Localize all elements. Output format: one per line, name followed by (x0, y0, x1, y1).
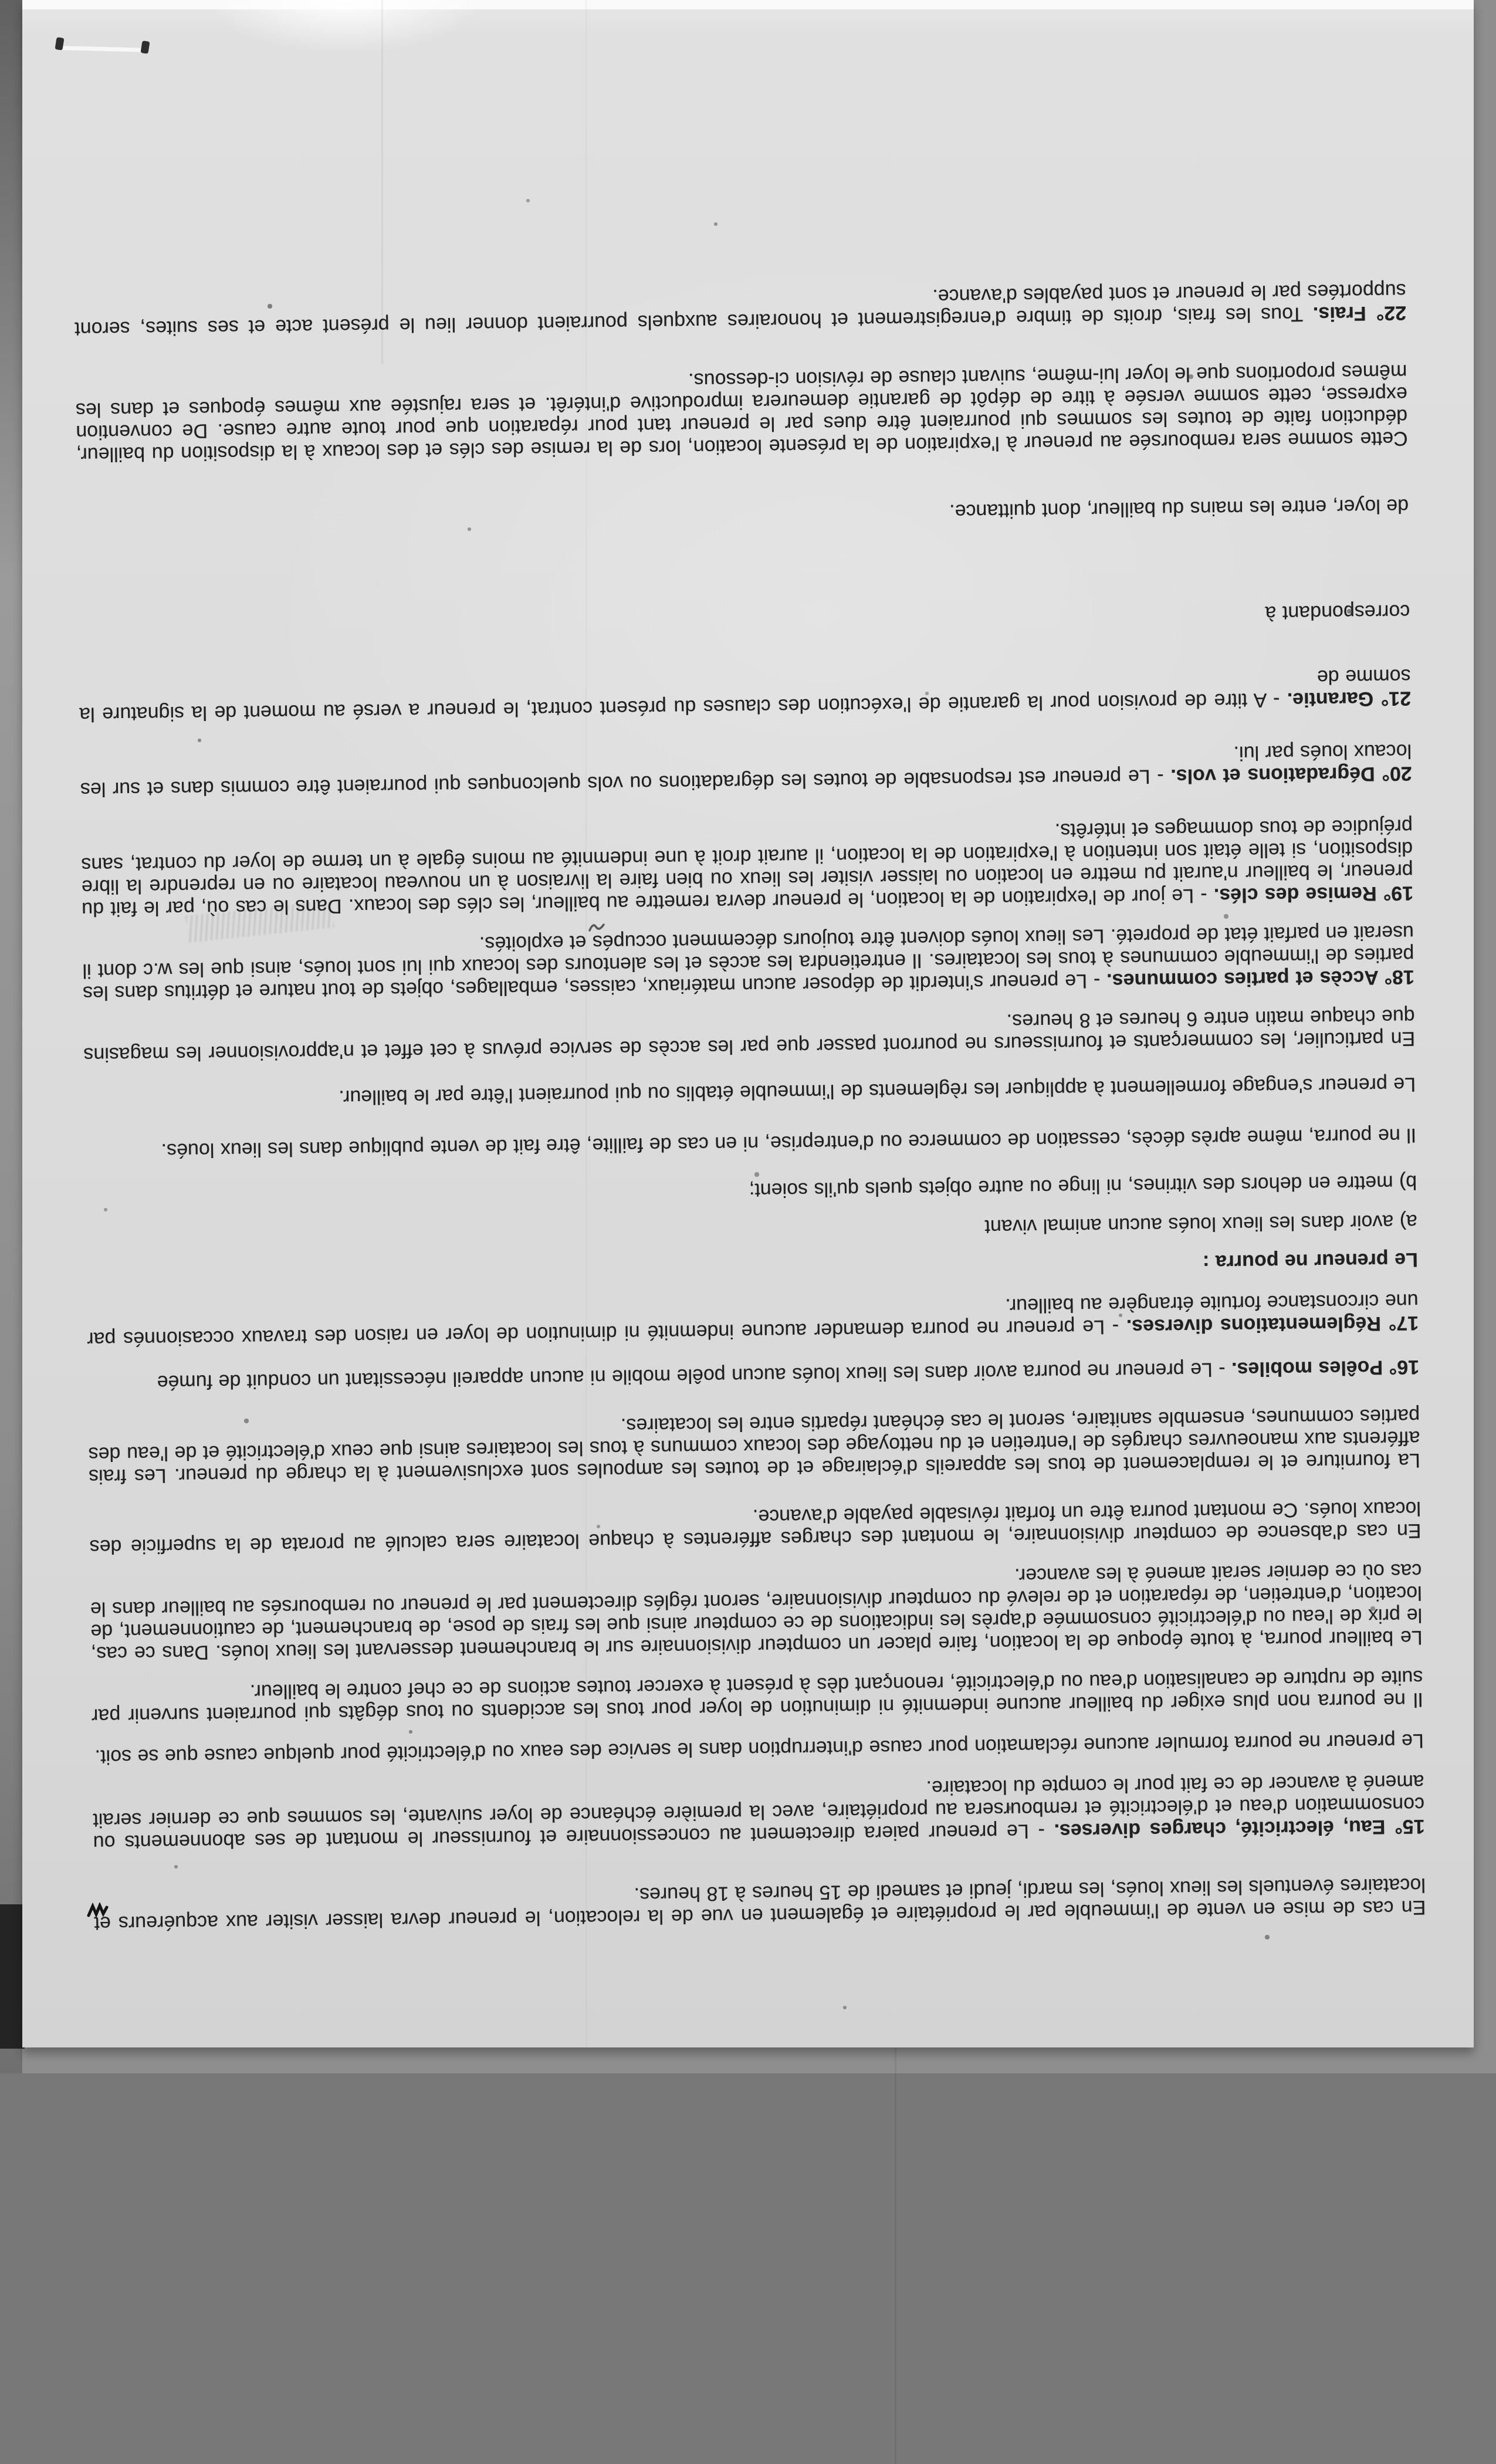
paragraph-clause-20: 20° Dégradations et vols. - Le preneur e… (80, 740, 1412, 801)
paragraph-clause-15-p6: La fourniture et le remplacement de tous… (88, 1404, 1420, 1488)
paragraph-item-a: a) avoir dans les lieux loués aucun anim… (86, 1210, 1417, 1249)
paragraph-clause-22: 22° Frais. Tous les frais, droits de tim… (75, 279, 1407, 340)
paragraph-clause-21: 21° Garantie. - A titre de provision pou… (79, 665, 1412, 726)
paragraph-clause-19: 19° Remise des clés. - Le jour de l'expi… (81, 815, 1414, 920)
paragraph-intro: En cas de mise en vente de l'immeuble pa… (94, 1874, 1426, 1935)
scan-corner-shadow (0, 1904, 25, 2049)
paragraph-clause-16: 16° Poêles mobiles. - Le preneur ne pour… (87, 1356, 1419, 1395)
paragraph-correspondant: correspondant à (78, 600, 1410, 639)
clause-heading: 17° Réglementations diverses. (1119, 1312, 1419, 1338)
paragraph-en-particulier: En particulier, les commerçants et fourn… (83, 1005, 1416, 1066)
clause-heading: 16° Poêles mobiles. (1226, 1356, 1420, 1380)
paragraph-reglements: Le preneur s'engage formellement à appli… (84, 1073, 1416, 1112)
clause-heading: 19° Remise des clés. (1207, 882, 1413, 906)
staple-impression (61, 46, 144, 52)
paragraph-clause-15-p3: Il ne pourra non plus exiger du bailleur… (91, 1666, 1423, 1727)
scanner-bed-seam (895, 2047, 896, 2464)
clause-heading: 18° Accès et parties communes. (1100, 966, 1414, 992)
clause-heading: 20° Dégradations et vols. (1163, 762, 1412, 787)
paragraph-clause-15-p2: Le preneur ne pourra formuler aucune réc… (92, 1729, 1424, 1768)
clause-heading: 22° Frais. (1303, 302, 1406, 325)
paragraph-de-loyer: de loyer, entre les mains du bailleur, d… (77, 495, 1409, 533)
paragraph-faillite: Il ne pourra, même après décès, cessatio… (84, 1124, 1416, 1163)
paragraph-cette-somme: Cette somme sera remboursée au preneur à… (75, 360, 1408, 466)
paragraph-clause-15-p5: En cas d'absence de compteur divisionnai… (89, 1497, 1421, 1558)
paragraph-clause-15: 15° Eau, électricité, charges diverses. … (93, 1771, 1425, 1854)
pencil-squiggle-mark (588, 920, 605, 934)
clause-heading: Le preneur ne pourra : (1203, 1248, 1418, 1273)
clause-heading: 21° Garantie. (1280, 687, 1411, 711)
scan-left-edge (0, 0, 22, 2073)
staple-hole (140, 40, 150, 54)
paragraph-item-b: b) mettre en dehors des vitrines, ni lin… (85, 1171, 1417, 1210)
scanned-page: En cas de mise en vente de l'immeuble pa… (0, 0, 1496, 2464)
paper-sheet: En cas de mise en vente de l'immeuble pa… (22, 0, 1474, 2047)
scan-noise-specks (22, 0, 25, 2)
paragraph-clause-15-p4: Le bailleur pourra, à toute époque de la… (90, 1559, 1423, 1665)
paragraph-clause-18: 18° Accès et parties communes. - Le pren… (82, 921, 1414, 1004)
paragraph-ne-pourra: Le preneur ne pourra : (86, 1248, 1418, 1287)
paper-crease (210, 0, 480, 53)
paragraph-clause-17: 17° Réglementations diverses. - Le prene… (87, 1289, 1419, 1351)
document-content: En cas de mise en vente de l'immeuble pa… (72, 131, 1426, 1935)
handwritten-ink-mark (87, 1903, 110, 1920)
clause-heading: 15° Eau, électricité, charges diverses. (1045, 1815, 1425, 1842)
